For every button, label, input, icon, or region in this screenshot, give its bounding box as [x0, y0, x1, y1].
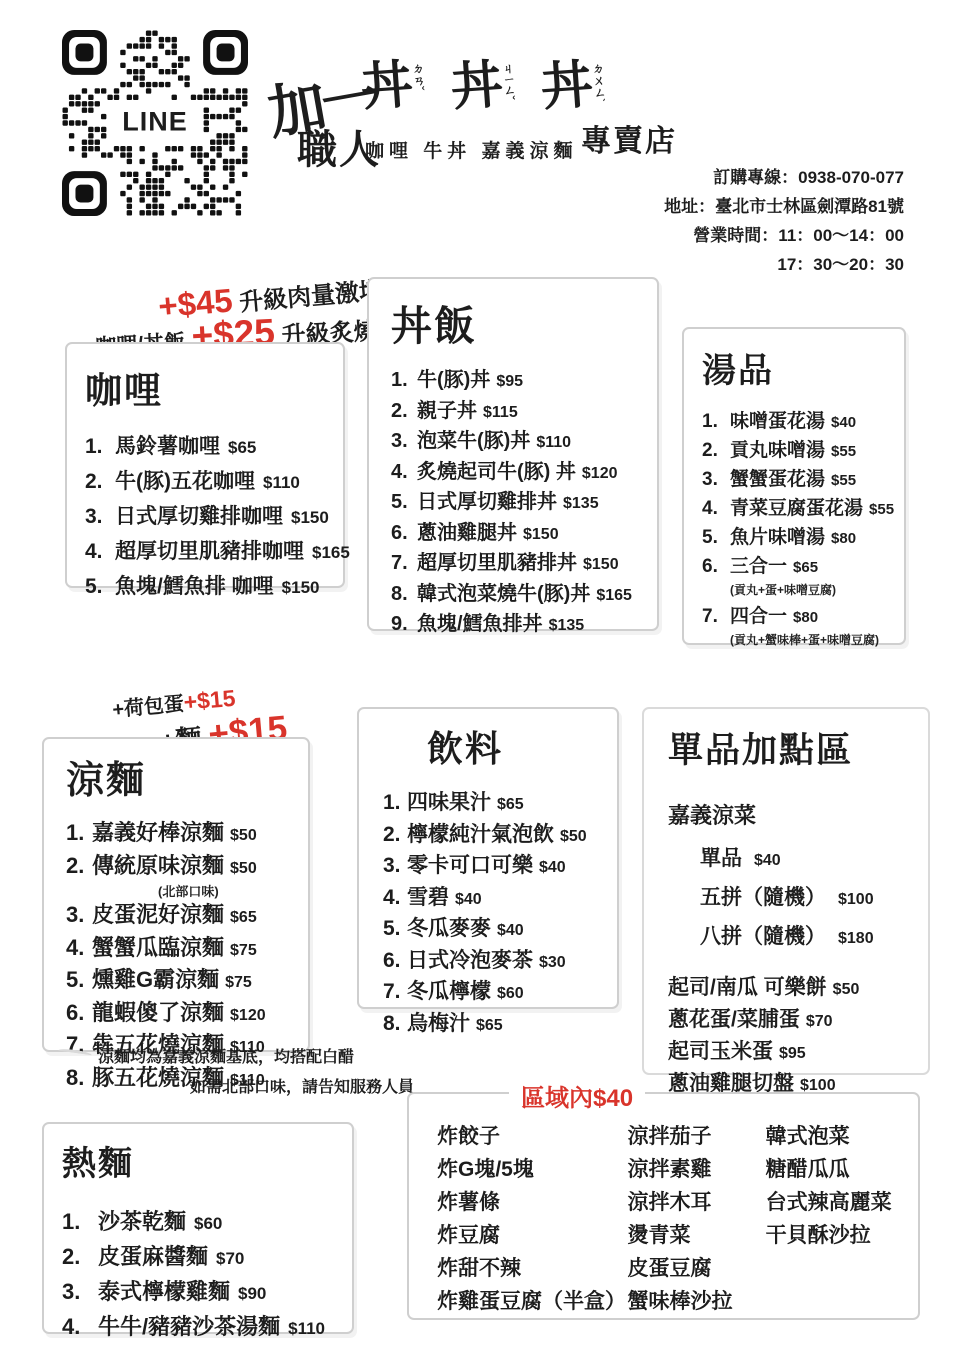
cold-noodles-footnote-1: 涼麵均為嘉義涼麵基底，均搭配白醋	[98, 1044, 354, 1067]
menu-item: 6.日式冷泡麥茶$30	[383, 946, 617, 978]
item-price: $65	[793, 559, 818, 576]
item-price: $50	[560, 828, 587, 845]
item-price: $50	[230, 827, 257, 844]
item-name: 單品	[700, 847, 742, 870]
menu-item: 炸甜不辣	[437, 1252, 628, 1285]
menu-item: 8.烏梅汁$65	[383, 1009, 617, 1041]
menu-item: 涼拌素雞	[628, 1153, 766, 1186]
item-price: $135	[563, 495, 599, 512]
menu-item: 2.牛(豚)五花咖哩$110	[85, 465, 343, 500]
item-number: 5.	[85, 570, 115, 604]
item-number: 6.	[391, 519, 417, 549]
item-name: 檸檬純汁氣泡飲	[407, 823, 554, 846]
item-name: 起司玉米蛋	[668, 1040, 773, 1063]
menu-item: 9.魚塊/鱈魚排丼$135	[391, 610, 657, 641]
item-number: 9.	[391, 610, 417, 640]
item-price: $55	[831, 472, 856, 489]
forty-zone-column-3: 韓式泡菜糖醋瓜瓜台式辣高麗菜干貝酥沙拉	[766, 1120, 918, 1318]
item-price: $40	[539, 859, 566, 876]
item-price: $120	[582, 465, 618, 482]
item-name: 八拼（隨機）	[700, 925, 826, 948]
menu-page: LINE 加一 職人 丼 ㄉㄢˇ 丼 ㄐㄧㄥˇ 丼 ㄉㄨㄥˋ	[0, 0, 960, 1358]
menu-item: 3.泰式檸檬雞麵$90	[62, 1275, 352, 1310]
item-number: 1.	[85, 430, 115, 464]
item-name: 親子丼	[417, 400, 477, 422]
item-name: 傳統原味涼麵	[92, 853, 224, 878]
addons-extra-items: 起司/南瓜 可樂餅$50 蔥花蛋/菜脯蛋$70 起司玉米蛋$95 蔥油雞腿切盤$…	[668, 973, 928, 1101]
item-name: 牛(豚)五花咖哩	[115, 470, 255, 493]
donburi-items: 1.牛(豚)丼$95 2.親子丼$115 3.泡菜牛(豚)丼$110 4.炙燒起…	[391, 366, 657, 641]
item-number: 6.	[66, 998, 92, 1028]
menu-item: 8.韓式泡菜燒牛(豚)丼$165	[391, 580, 657, 611]
promo-add-egg-label: +荷包蛋	[111, 693, 184, 721]
section-cold-noodles: 涼麵 1.嘉義好棒涼麵$50 2.傳統原味涼麵$50(北部口味) 3.皮蛋泥好涼…	[42, 737, 310, 1052]
hot-noodles-items: 1.沙茶乾麵$60 2.皮蛋麻醬麵$70 3.泰式檸檬雞麵$90 4.牛牛/豬豬…	[62, 1205, 352, 1345]
section-hot-noodles: 熱麵 1.沙茶乾麵$60 2.皮蛋麻醬麵$70 3.泰式檸檬雞麵$90 4.牛牛…	[42, 1122, 354, 1334]
forty-zone-columns: 炸餃子炸G塊/5塊炸薯條炸豆腐炸甜不辣炸雞蛋豆腐（半盒） 涼拌茄子涼拌素雞涼拌木…	[409, 1094, 918, 1318]
item-name: 蟹蟹瓜臨涼麵	[92, 935, 224, 960]
item-number: 4.	[383, 883, 407, 913]
address-line: 地址：臺北市士林區劍潭路81號	[664, 192, 904, 221]
item-name: 起司/南瓜 可樂餅	[668, 976, 827, 999]
item-price: $40	[497, 922, 524, 939]
menu-item: 炸豆腐	[437, 1219, 628, 1252]
zhuyin-annotation: ㄉㄢˇ	[411, 62, 425, 91]
hours-line-2: 17：30～20：30	[664, 250, 904, 279]
addons-group-title: 嘉義涼菜	[668, 799, 928, 830]
item-number: 3.	[62, 1275, 98, 1308]
restaurant-logo: 加一 職人 丼 ㄉㄢˇ 丼 ㄐㄧㄥˇ 丼 ㄉㄨㄥˋ 咖哩 牛丼 嘉義涼麵	[265, 42, 695, 182]
item-price: $40	[831, 414, 856, 431]
item-price: $80	[831, 530, 856, 547]
item-name: 嘉義好棒涼麵	[92, 820, 224, 845]
item-number: 3.	[85, 500, 115, 534]
menu-item: 1.沙茶乾麵$60	[62, 1205, 352, 1240]
don-character: 丼 ㄉㄢˇ	[359, 58, 426, 114]
section-donburi: 丼飯 1.牛(豚)丼$95 2.親子丼$115 3.泡菜牛(豚)丼$110 4.…	[367, 277, 659, 631]
section-drinks: 飲料 1.四味果汁$65 2.檸檬純汁氣泡飲$50 3.零卡可口可樂$40 4.…	[357, 707, 619, 1009]
item-number: 7.	[702, 603, 730, 631]
menu-item: 2.親子丼$115	[391, 397, 657, 428]
item-name: 牛(豚)丼	[417, 369, 490, 391]
item-price: $90	[238, 1284, 266, 1303]
item-number: 4.	[62, 1310, 98, 1343]
menu-item: 5.日式厚切雞排丼$135	[391, 488, 657, 519]
menu-item: 干貝酥沙拉	[766, 1219, 918, 1252]
item-price: $65	[228, 438, 256, 457]
menu-item: 2.傳統原味涼麵$50(北部口味)	[66, 851, 308, 901]
item-name: 龍蝦傻了涼麵	[92, 1000, 224, 1025]
menu-item: 6.蔥油雞腿丼$150	[391, 519, 657, 550]
menu-item: 單品$40	[700, 840, 928, 879]
item-price: $55	[869, 501, 894, 518]
item-name: 沙茶乾麵	[98, 1209, 186, 1234]
item-name: 燻雞G霸涼麵	[92, 967, 219, 992]
item-price: $55	[831, 443, 856, 460]
item-price: $65	[476, 1017, 503, 1034]
item-name: 皮蛋麻醬麵	[98, 1244, 208, 1269]
menu-item: 4.雪碧$40	[383, 883, 617, 915]
menu-item: 1.牛(豚)丼$95	[391, 366, 657, 397]
item-price: $40	[455, 891, 482, 908]
menu-item: 炸餃子	[437, 1120, 628, 1153]
menu-item: 起司玉米蛋$95	[668, 1037, 928, 1069]
curry-title: 咖哩	[85, 360, 343, 414]
qr-line-label: LINE	[62, 106, 248, 137]
menu-item: 5.冬瓜麥麥$40	[383, 914, 617, 946]
menu-item: 蟹味棒沙拉	[628, 1285, 766, 1318]
item-number: 6.	[702, 553, 730, 581]
item-number: 1.	[66, 818, 92, 848]
item-number: 4.	[391, 458, 417, 488]
item-number: 7.	[383, 977, 407, 1007]
don-character: 丼 ㄐㄧㄥˇ	[449, 58, 516, 114]
item-price: $50	[230, 860, 257, 877]
item-name: 冬瓜麥麥	[407, 917, 491, 940]
item-price: $150	[523, 526, 559, 543]
menu-item: 八拼（隨機）$180	[700, 918, 928, 957]
item-number: 2.	[62, 1240, 98, 1273]
item-number: 7.	[391, 549, 417, 579]
menu-item: 4.牛牛/豬豬沙茶湯麵$110	[62, 1310, 352, 1345]
item-number: 8.	[391, 580, 417, 610]
item-number: 3.	[66, 900, 92, 930]
item-number: 3.	[391, 427, 417, 457]
menu-item: 2.檸檬純汁氣泡飲$50	[383, 820, 617, 852]
item-name: 日式厚切雞排咖哩	[115, 505, 283, 528]
item-price: $110	[536, 434, 571, 451]
item-price: $65	[497, 796, 524, 813]
item-name: 貢丸味噌湯	[730, 440, 825, 461]
item-number: 4.	[85, 535, 115, 569]
item-number: 1.	[62, 1205, 98, 1238]
item-name: 馬鈴薯咖哩	[115, 435, 220, 458]
menu-item: 3.泡菜牛(豚)丼$110	[391, 427, 657, 458]
item-name: 泡菜牛(豚)丼	[417, 430, 530, 452]
item-price: $150	[291, 508, 329, 527]
item-price: $120	[230, 1007, 266, 1024]
menu-item: 4.超厚切里肌豬排咖哩$165	[85, 535, 343, 570]
item-price: $100	[838, 891, 874, 908]
item-name: 泰式檸檬雞麵	[98, 1279, 230, 1304]
item-price: $110	[263, 473, 300, 492]
item-number: 5.	[391, 488, 417, 518]
item-price: $30	[539, 954, 566, 971]
item-note: (貢丸+蟹味棒+蛋+味噌豆腐)	[730, 632, 904, 649]
item-number: 5.	[66, 965, 92, 995]
menu-item: 5.魚片味噌湯$80	[702, 524, 904, 553]
don-character: 丼 ㄉㄨㄥˋ	[539, 58, 606, 114]
menu-item: 韓式泡菜	[766, 1120, 918, 1153]
item-name: 四味果汁	[407, 791, 491, 814]
item-price: $75	[230, 942, 257, 959]
menu-item: 6.龍蝦傻了涼麵$120	[66, 998, 308, 1031]
cold-noodles-footnote-2: 如需北部口味，請告知服務人員	[190, 1074, 414, 1097]
logo-don-characters: 丼 ㄉㄢˇ 丼 ㄐㄧㄥˇ 丼 ㄉㄨㄥˋ	[361, 60, 605, 112]
item-number: 8.	[66, 1063, 92, 1093]
menu-item: 起司/南瓜 可樂餅$50	[668, 973, 928, 1005]
zhuyin-annotation: ㄉㄨㄥˋ	[591, 62, 606, 103]
item-name: 蔥花蛋/菜脯蛋	[668, 1008, 800, 1031]
item-name: 炙燒起司牛(豚) 丼	[417, 461, 576, 483]
menu-item: 4.炙燒起司牛(豚) 丼$120	[391, 458, 657, 489]
item-name: 蟹蟹蛋花湯	[730, 469, 825, 490]
menu-item: 6.三合一$65(貢丸+蛋+味噌豆腐)	[702, 553, 904, 599]
menu-item: 1.馬鈴薯咖哩$65	[85, 430, 343, 465]
item-price: $60	[194, 1214, 222, 1233]
menu-item: 1.四味果汁$65	[383, 788, 617, 820]
soup-items: 1.味噌蛋花湯$40 2.貢丸味噌湯$55 3.蟹蟹蛋花湯$55 4.青菜豆腐蛋…	[702, 408, 904, 649]
item-name: 三合一	[730, 556, 787, 577]
item-number: 3.	[383, 851, 407, 881]
forty-zone-column-2: 涼拌茄子涼拌素雞涼拌木耳燙青菜皮蛋豆腐蟹味棒沙拉	[628, 1120, 766, 1318]
soup-title: 湯品	[702, 343, 904, 392]
menu-item: 3.蟹蟹蛋花湯$55	[702, 466, 904, 495]
item-price: $165	[596, 587, 632, 604]
item-price: $70	[806, 1013, 833, 1030]
hours-line-1: 營業時間：11：00～14：00	[664, 221, 904, 250]
item-price: $50	[833, 981, 860, 998]
menu-item: 五拼（隨機）$100	[700, 879, 928, 918]
item-price: $150	[282, 578, 320, 597]
item-name: 魚塊/鱈魚排 咖哩	[115, 575, 274, 598]
menu-item: 涼拌茄子	[628, 1120, 766, 1153]
item-number: 2.	[383, 820, 407, 850]
item-number: 4.	[702, 495, 730, 523]
addons-title: 單品加點區	[668, 723, 928, 773]
item-name: 日式厚切雞排丼	[417, 491, 557, 513]
item-name: 超厚切里肌豬排丼	[417, 552, 577, 574]
menu-item: 4.蟹蟹瓜臨涼麵$75	[66, 933, 308, 966]
item-name: 零卡可口可樂	[407, 854, 533, 877]
menu-item: 7.冬瓜檸檬$60	[383, 977, 617, 1009]
menu-item: 3.皮蛋泥好涼麵$65	[66, 900, 308, 933]
item-number: 8.	[383, 1009, 407, 1039]
cold-noodles-title: 涼麵	[66, 749, 308, 804]
item-price: $60	[497, 985, 524, 1002]
menu-item: 炸薯條	[437, 1186, 628, 1219]
addons-group-items: 單品$40 五拼（隨機）$100 八拼（隨機）$180	[668, 840, 928, 957]
item-note: (貢丸+蛋+味噌豆腐)	[730, 582, 904, 599]
item-number: 4.	[66, 933, 92, 963]
drinks-title: 飲料	[427, 721, 617, 772]
item-number: 3.	[702, 466, 730, 494]
item-number: 1.	[702, 408, 730, 436]
item-price: $40	[754, 852, 781, 869]
item-price: $65	[230, 909, 257, 926]
menu-item: 1.味噌蛋花湯$40	[702, 408, 904, 437]
menu-item: 3.日式厚切雞排咖哩$150	[85, 500, 343, 535]
don-glyph: 丼	[539, 59, 595, 115]
menu-item: 燙青菜	[628, 1219, 766, 1252]
item-number: 1.	[391, 366, 417, 396]
item-number: 6.	[383, 946, 407, 976]
order-phone-line: 訂購專線：0938-070-077	[664, 163, 904, 192]
item-price: $135	[549, 617, 585, 634]
menu-item: 5.燻雞G霸涼麵$75	[66, 965, 308, 998]
item-number: 5.	[383, 914, 407, 944]
don-glyph: 丼	[359, 59, 415, 115]
item-number: 2.	[391, 397, 417, 427]
item-name: 牛牛/豬豬沙茶湯麵	[98, 1314, 280, 1339]
forty-zone-title: 區域內$40	[509, 1078, 645, 1113]
donburi-title: 丼飯	[391, 293, 657, 352]
item-name: 味噌蛋花湯	[730, 411, 825, 432]
item-price: $150	[583, 556, 619, 573]
zhuyin-annotation: ㄐㄧㄥˇ	[501, 62, 516, 100]
don-glyph: 丼	[449, 59, 505, 115]
logo-suffix: 專賣店	[581, 116, 677, 160]
item-price: $180	[838, 930, 874, 947]
item-name: 青菜豆腐蛋花湯	[730, 498, 863, 519]
section-addons: 單品加點區 嘉義涼菜 單品$40 五拼（隨機）$100 八拼（隨機）$180	[642, 707, 930, 1075]
forty-zone-column-1: 炸餃子炸G塊/5塊炸薯條炸豆腐炸甜不辣炸雞蛋豆腐（半盒）	[437, 1120, 628, 1318]
item-name: 皮蛋泥好涼麵	[92, 902, 224, 927]
menu-item: 4.青菜豆腐蛋花湯$55	[702, 495, 904, 524]
menu-item: 5.魚塊/鱈魚排 咖哩$150	[85, 570, 343, 605]
section-forty-zone: 區域內$40 炸餃子炸G塊/5塊炸薯條炸豆腐炸甜不辣炸雞蛋豆腐（半盒） 涼拌茄子…	[407, 1092, 920, 1320]
item-name: 韓式泡菜燒牛(豚)丼	[417, 583, 590, 605]
item-price: $95	[496, 373, 523, 390]
menu-item: 2.皮蛋麻醬麵$70	[62, 1240, 352, 1275]
item-price: $80	[793, 609, 818, 626]
item-number: 5.	[702, 524, 730, 552]
line-qr-code: LINE	[62, 30, 248, 216]
menu-item: 蔥花蛋/菜脯蛋$70	[668, 1005, 928, 1037]
menu-item: 炸雞蛋豆腐（半盒）	[437, 1285, 628, 1318]
menu-item: 台式辣高麗菜	[766, 1186, 918, 1219]
item-name: 魚片味噌湯	[730, 527, 825, 548]
item-name: 魚塊/鱈魚排丼	[417, 613, 543, 635]
item-price: $165	[312, 543, 350, 562]
item-name: 五拼（隨機）	[700, 886, 826, 909]
item-number: 1.	[383, 788, 407, 818]
menu-item: 1.嘉義好棒涼麵$50	[66, 818, 308, 851]
menu-item: 炸G塊/5塊	[437, 1153, 628, 1186]
item-number: 2.	[66, 851, 92, 881]
item-price: $110	[288, 1319, 325, 1338]
item-price: $115	[483, 404, 518, 421]
section-soup: 湯品 1.味噌蛋花湯$40 2.貢丸味噌湯$55 3.蟹蟹蛋花湯$55 4.青菜…	[682, 327, 906, 645]
drinks-items: 1.四味果汁$65 2.檸檬純汁氣泡飲$50 3.零卡可口可樂$40 4.雪碧$…	[383, 788, 617, 1040]
item-name: 雪碧	[407, 886, 449, 909]
item-price: $70	[216, 1249, 244, 1268]
section-curry: 咖哩 1.馬鈴薯咖哩$65 2.牛(豚)五花咖哩$110 3.日式厚切雞排咖哩$…	[65, 342, 345, 588]
item-price: $75	[225, 974, 252, 991]
curry-items: 1.馬鈴薯咖哩$65 2.牛(豚)五花咖哩$110 3.日式厚切雞排咖哩$150…	[85, 430, 343, 605]
item-number: 2.	[702, 437, 730, 465]
item-name: 蔥油雞腿丼	[417, 522, 517, 544]
item-number: 2.	[85, 465, 115, 499]
item-name: 烏梅汁	[407, 1012, 470, 1035]
menu-item: 涼拌木耳	[628, 1186, 766, 1219]
menu-item: 2.貢丸味噌湯$55	[702, 437, 904, 466]
menu-item: 糖醋瓜瓜	[766, 1153, 918, 1186]
contact-info: 訂購專線：0938-070-077 地址：臺北市士林區劍潭路81號 營業時間：1…	[664, 163, 904, 279]
item-note: (北部口味)	[158, 883, 308, 900]
item-name: 超厚切里肌豬排咖哩	[115, 540, 304, 563]
item-name: 四合一	[730, 606, 787, 627]
hot-noodles-title: 熱麵	[62, 1136, 352, 1185]
promo-add-egg-price: +$15	[183, 685, 237, 715]
menu-item: 7.四合一$80(貢丸+蟹味棒+蛋+味噌豆腐)	[702, 603, 904, 649]
item-name: 冬瓜檸檬	[407, 980, 491, 1003]
item-name: 日式冷泡麥茶	[407, 949, 533, 972]
menu-item: 3.零卡可口可樂$40	[383, 851, 617, 883]
logo-tagline: 咖哩 牛丼 嘉義涼麵	[365, 136, 578, 163]
item-price: $95	[779, 1045, 806, 1062]
menu-item: 7.超厚切里肌豬排丼$150	[391, 549, 657, 580]
menu-item: 皮蛋豆腐	[628, 1252, 766, 1285]
